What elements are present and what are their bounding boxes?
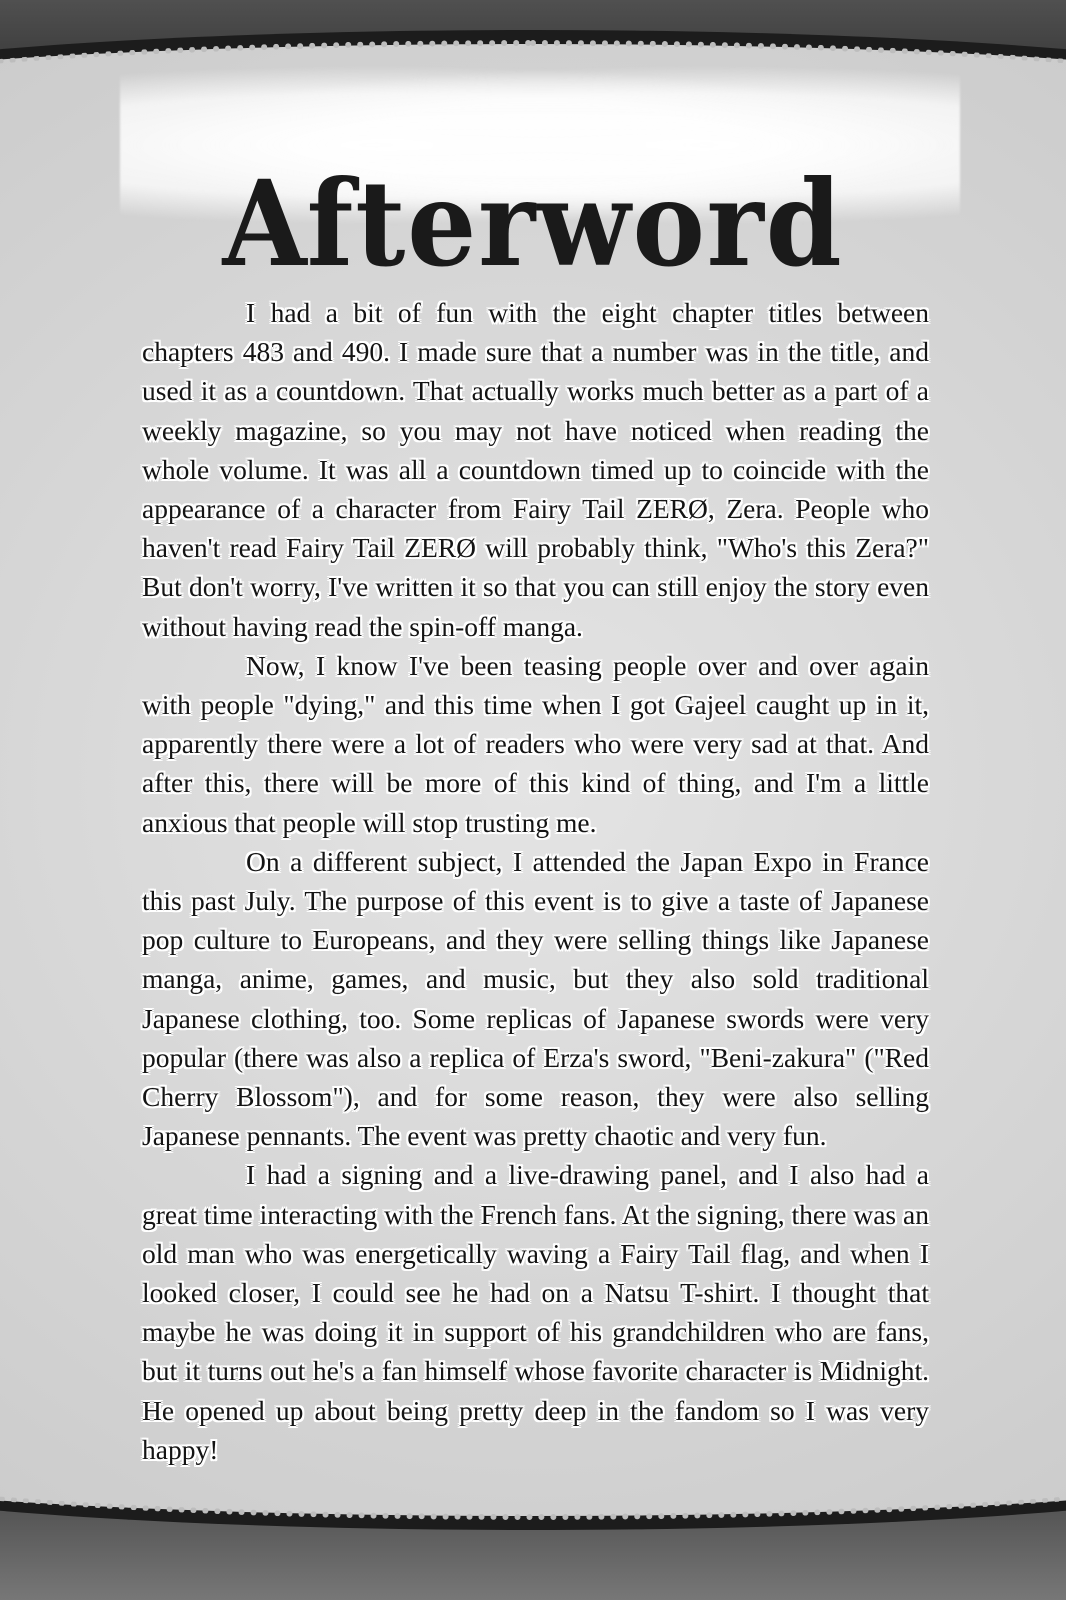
afterword-body: I had a bit of fun with the eight chapte… — [142, 293, 929, 1469]
paragraph: I had a signing and a live-drawing panel… — [142, 1155, 929, 1469]
page-title: Afterword — [43, 164, 1024, 284]
paragraph: I had a bit of fun with the eight chapte… — [142, 293, 929, 646]
paragraph: On a different subject, I attended the J… — [142, 842, 929, 1156]
paragraph: Now, I know I've been teasing people ove… — [142, 646, 929, 842]
